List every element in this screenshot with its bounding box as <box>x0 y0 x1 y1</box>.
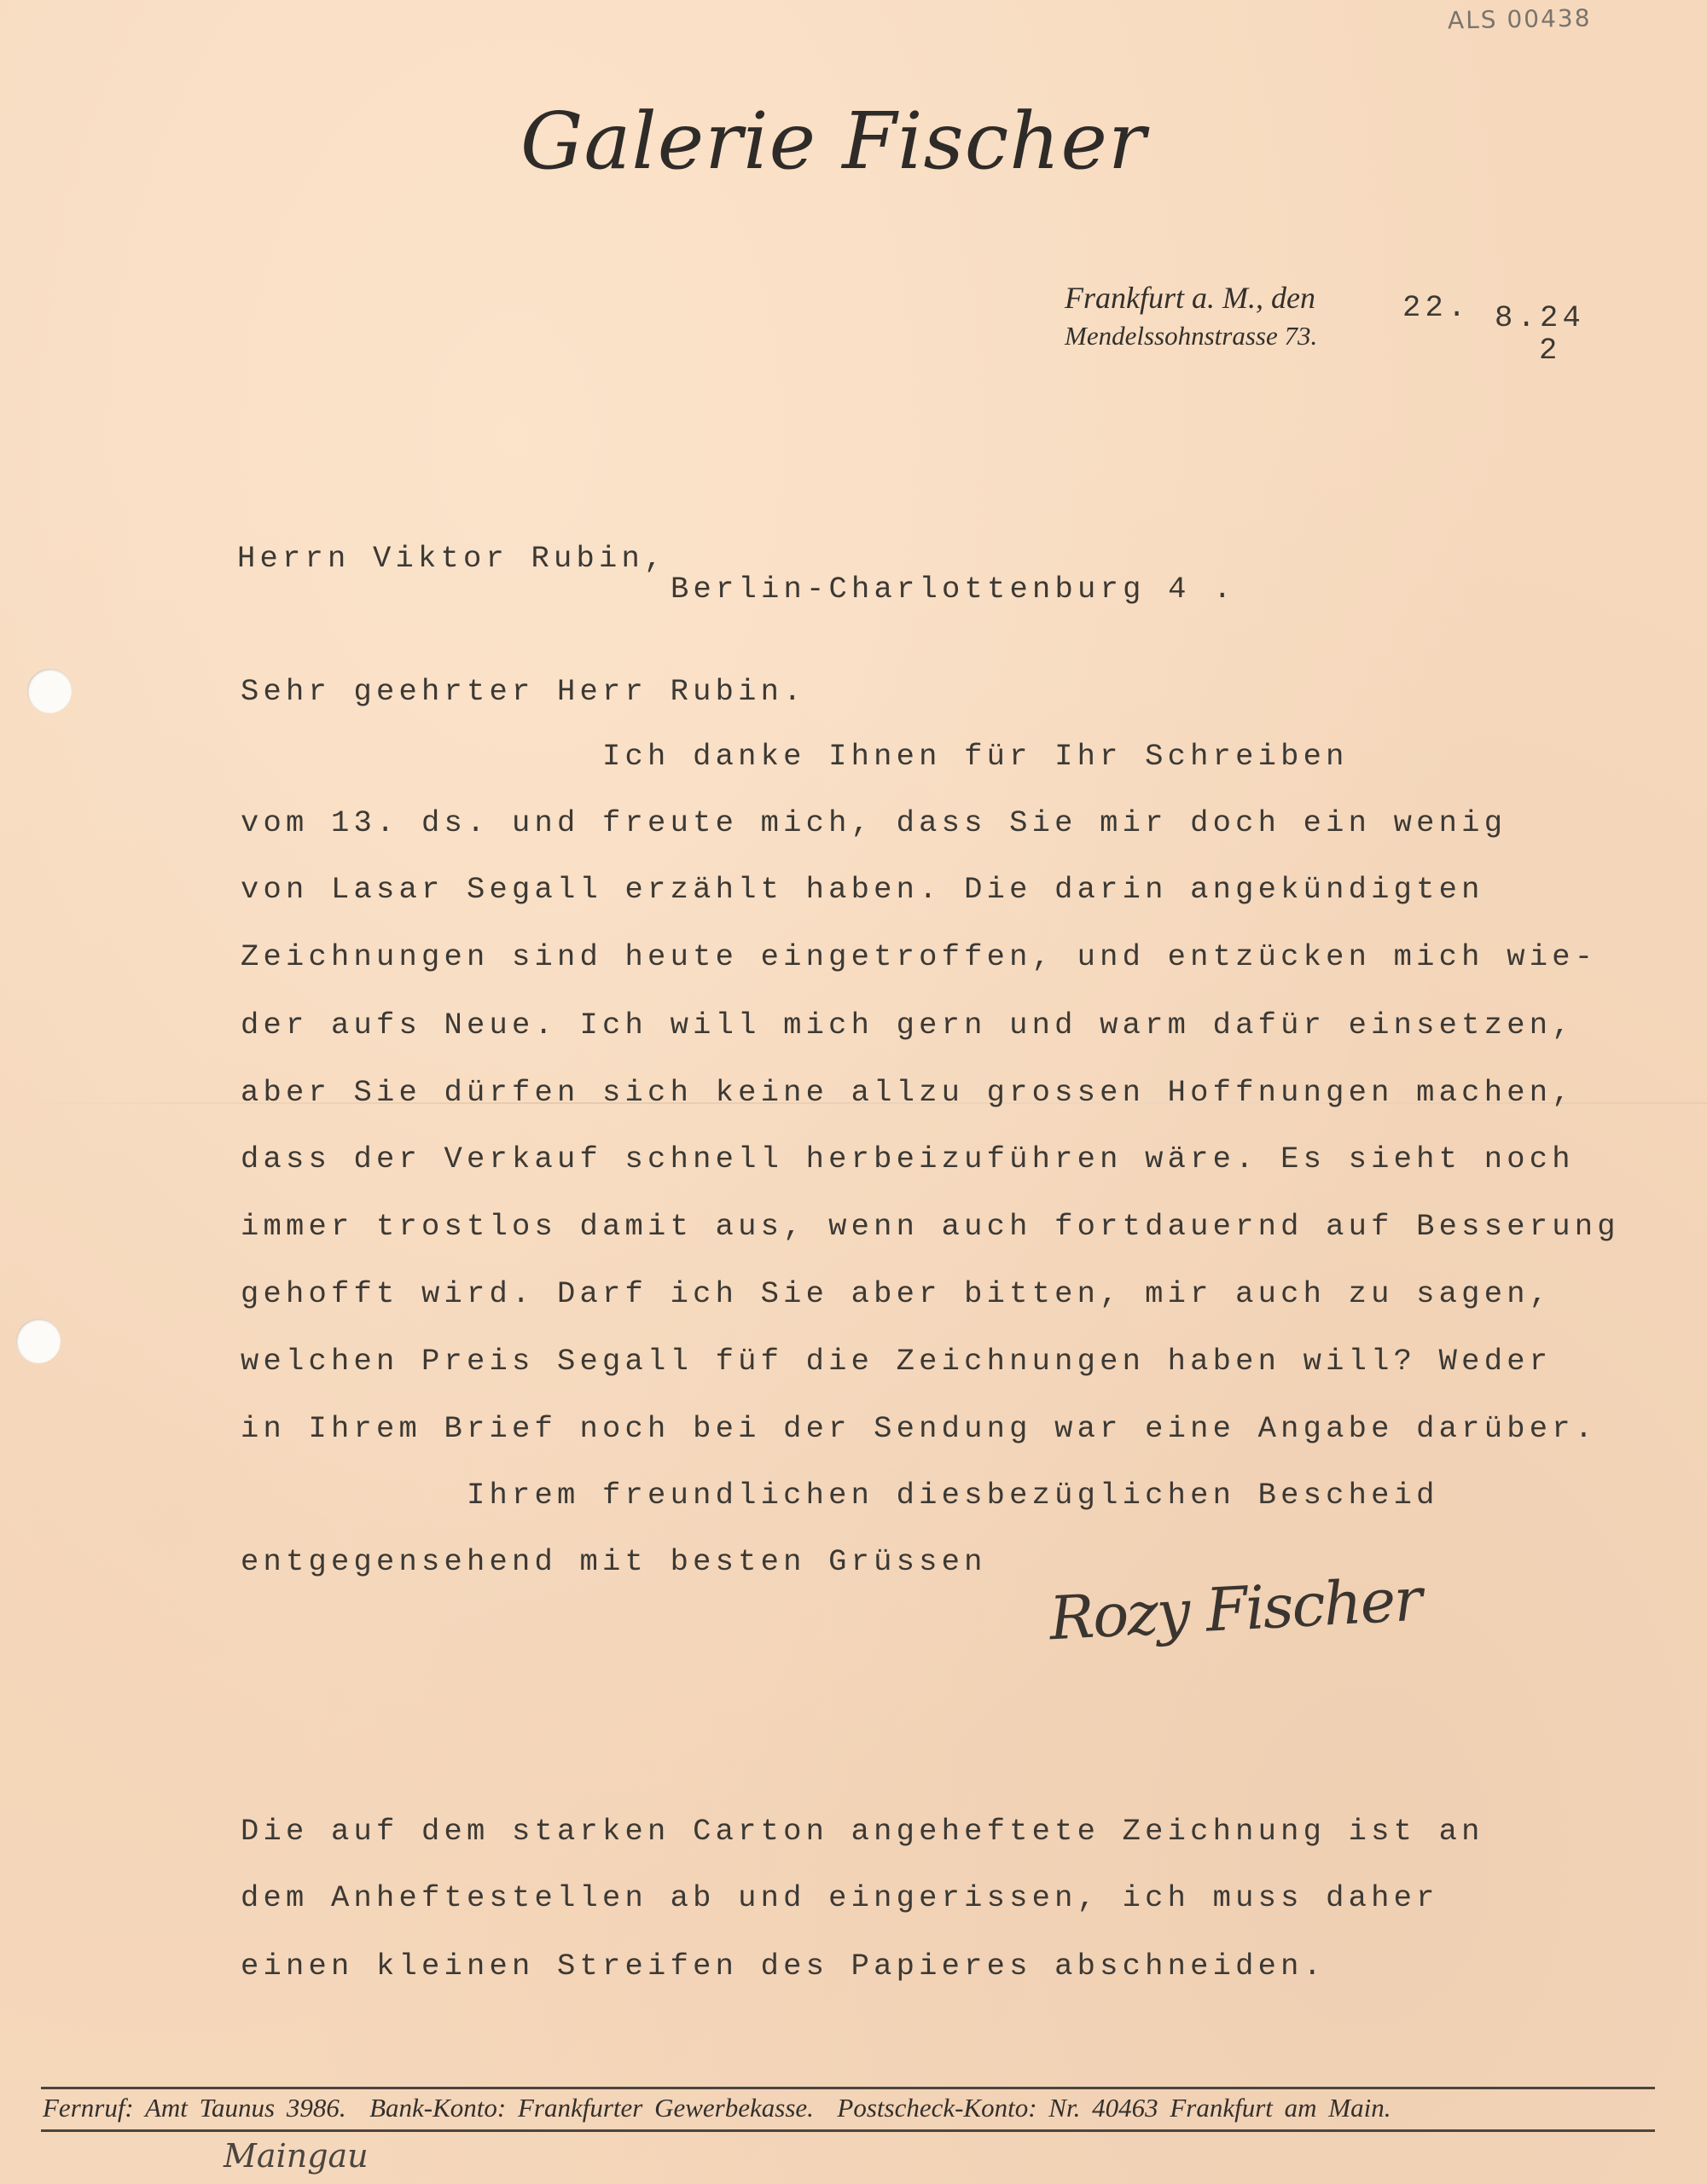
handwritten-signature: Rozy Fischer <box>1048 1565 1422 1654</box>
body-line: welchen Preis Segall füf die Zeichnungen… <box>241 1344 1552 1379</box>
closing-line: entgegensehend mit besten Grüssen <box>241 1544 987 1579</box>
punch-hole-top <box>27 669 72 713</box>
body-line: der aufs Neue. Ich will mich gern und wa… <box>241 1008 1575 1043</box>
body-line: von Lasar Segall erzählt haben. Die dari… <box>241 872 1484 907</box>
body-line: Ich danke Ihnen für Ihr Schreiben <box>241 739 1349 774</box>
footer-contact-info: Fernruf: Amt Taunus 3986. Bank-Konto: Fr… <box>43 2093 1391 2123</box>
postscript-line: Die auf dem starken Carton angeheftete Z… <box>241 1814 1484 1849</box>
archive-id: ALS 00438 <box>1448 4 1592 35</box>
body-line: in Ihrem Brief noch bei der Sendung war … <box>241 1411 1597 1446</box>
punch-hole-bottom <box>16 1319 61 1363</box>
body-line: Zeichnungen sind heute eingetroffen, und… <box>241 939 1597 974</box>
body-line: dass der Verkauf schnell herbeizuführen … <box>241 1141 1575 1176</box>
body-line: aber Sie dürfen sich keine allzu grossen… <box>241 1075 1575 1110</box>
footer-rule-bottom <box>41 2129 1655 2132</box>
postscript-line: einen kleinen Streifen des Papieres absc… <box>241 1949 1326 1984</box>
recipient-city: Berlin-Charlottenburg 4 . <box>671 572 1236 607</box>
body-line: vom 13. ds. und freute mich, dass Sie mi… <box>241 805 1507 840</box>
letterhead-street: Mendelssohnstrasse 73. <box>1065 321 1317 351</box>
date-day: 22. <box>1402 290 1471 325</box>
date-correction: 2 <box>1539 333 1562 368</box>
salutation: Sehr geehrter Herr Rubin. <box>241 674 806 709</box>
letterhead-place: Frankfurt a. M., den <box>1065 280 1315 316</box>
date-month-year: 8.24 <box>1495 300 1585 335</box>
footer-rule-top <box>41 2087 1655 2089</box>
postscript-line: dem Anheftestellen ab und eingerissen, i… <box>241 1880 1439 1915</box>
body-line: gehofft wird. Darf ich Sie aber bitten, … <box>241 1276 1552 1311</box>
recipient-name: Herrn Viktor Rubin, <box>237 541 667 576</box>
letterhead-title: Galerie Fischer <box>520 96 1135 187</box>
body-line: Ihrem freundlichen diesbezüglichen Besch… <box>241 1478 1439 1513</box>
body-line: immer trostlos damit aus, wenn auch fort… <box>241 1209 1620 1244</box>
handwritten-note: Maingau <box>224 2137 369 2175</box>
